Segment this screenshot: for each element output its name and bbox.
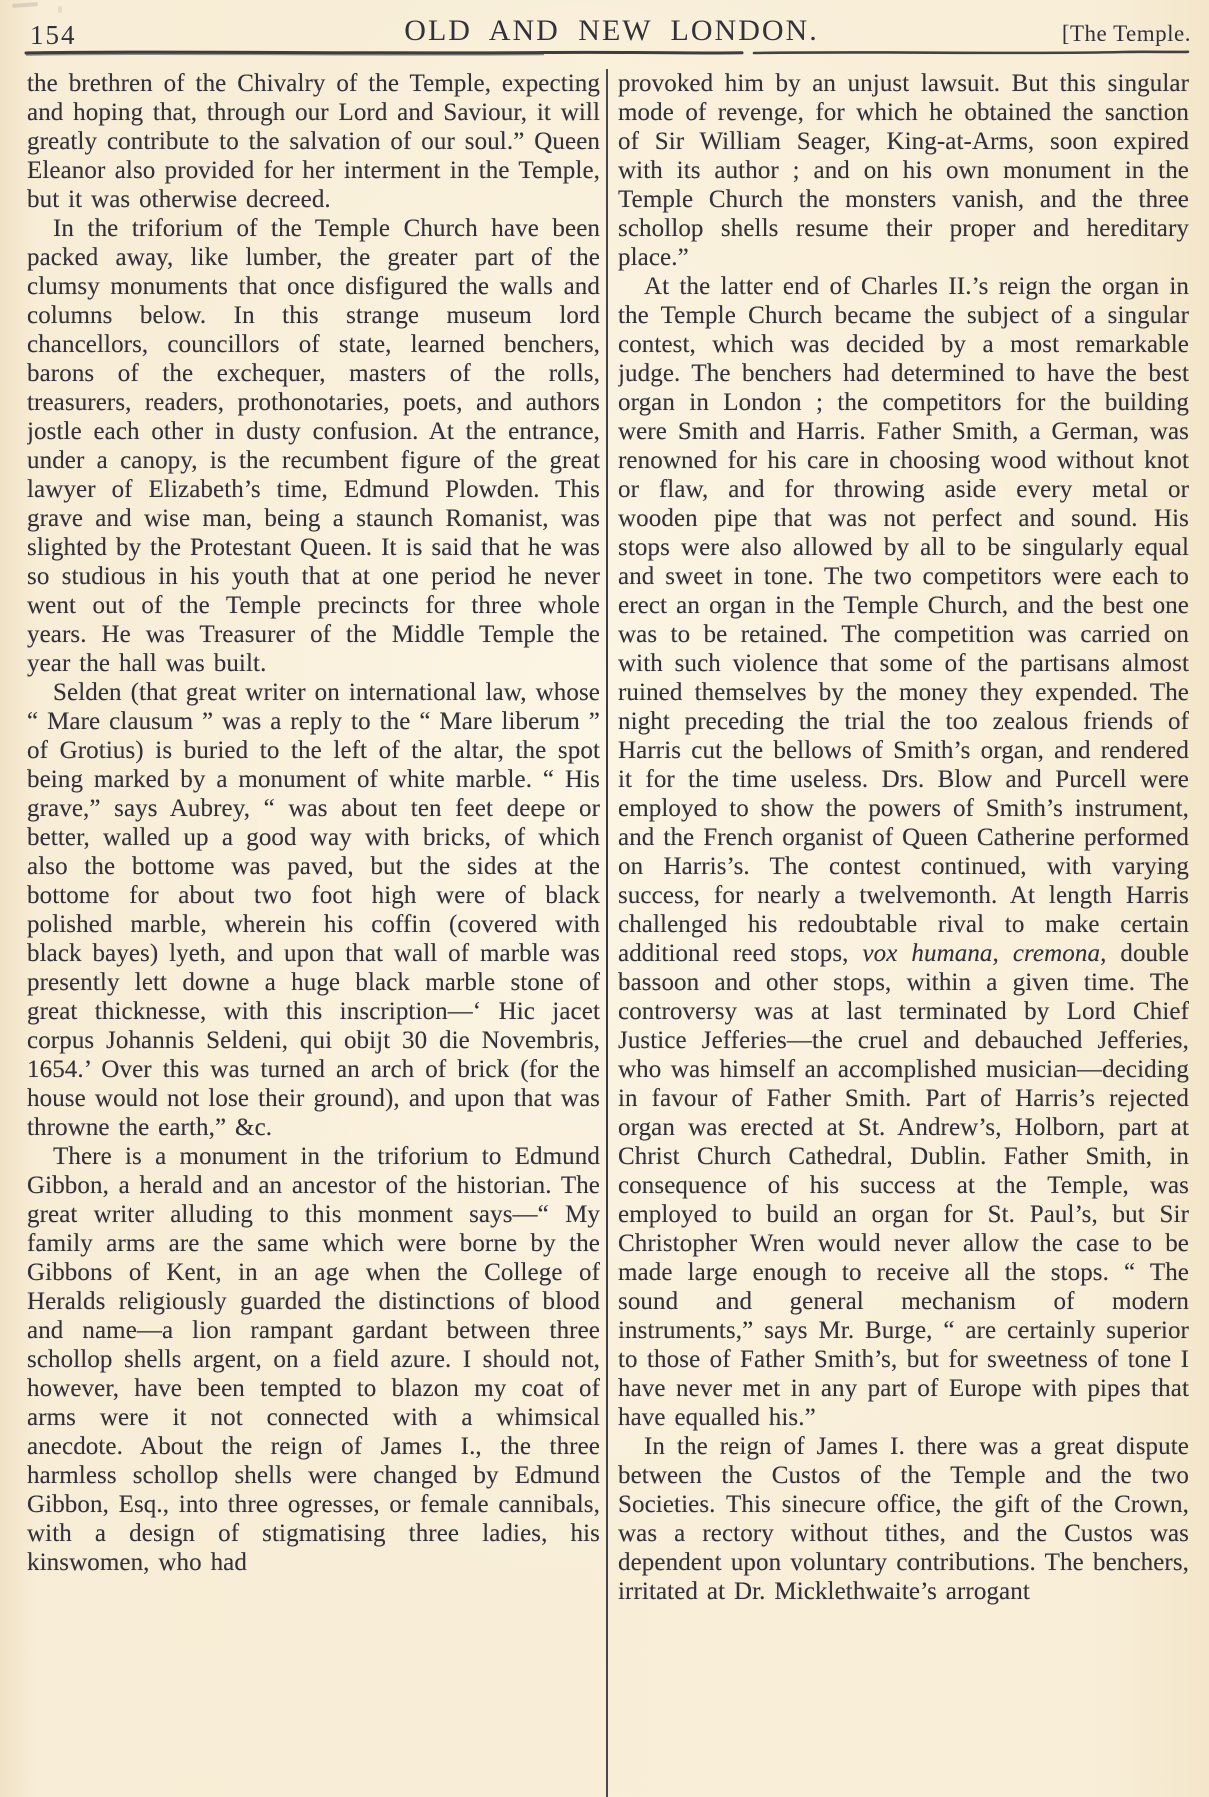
book-page: 154 OLD AND NEW LONDON. [The Temple. the… <box>0 0 1209 1797</box>
paragraph: At the latter end of Charles II.’s reign… <box>618 272 1189 1432</box>
paragraph: Selden (that great writer on internation… <box>27 678 600 1142</box>
running-title: OLD AND NEW LONDON. <box>30 14 1193 48</box>
section-reference: [The Temple. <box>1062 21 1191 47</box>
paragraph: provoked him by an unjust lawsuit. But t… <box>618 69 1189 272</box>
right-column: provoked him by an unjust lawsuit. But t… <box>618 69 1189 1797</box>
text-columns: the brethren of the Chivalry of the Temp… <box>27 69 1189 1797</box>
paragraph: In the triforium of the Temple Church ha… <box>27 214 600 678</box>
column-divider <box>606 69 608 1797</box>
paragraph: the brethren of the Chivalry of the Temp… <box>27 69 600 214</box>
paragraph: In the reign of James I. there was a gre… <box>618 1432 1189 1606</box>
left-column: the brethren of the Chivalry of the Temp… <box>27 69 600 1797</box>
paragraph: There is a monument in the triforium to … <box>27 1142 600 1577</box>
header-rule <box>24 46 1190 58</box>
scan-smudge <box>12 2 38 8</box>
